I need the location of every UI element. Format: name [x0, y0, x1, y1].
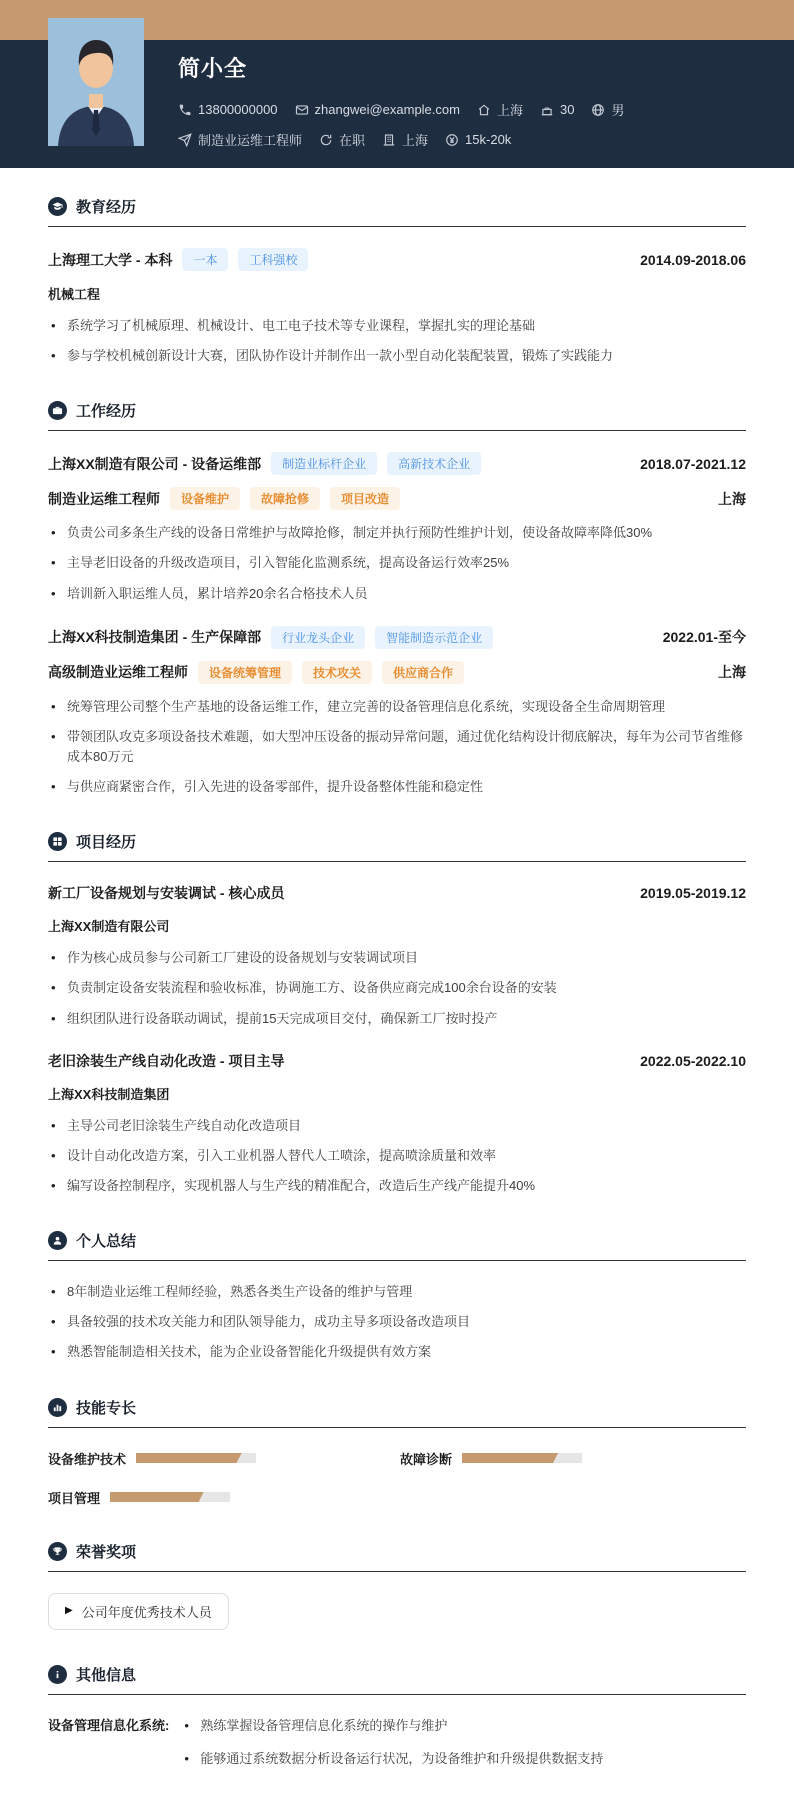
section-work-header: 工作经历 [48, 400, 746, 431]
skill-name: 故障诊断 [400, 1449, 452, 1468]
company-name: 上海XX制造有限公司 - 设备运维部 [48, 454, 261, 474]
age-cake-icon [540, 103, 554, 117]
section-summary: 个人总结 8年制造业运维工程师经验，熟悉各类生产设备的维护与管理 具备较强的技术… [48, 1230, 746, 1362]
phone-icon [178, 103, 192, 117]
contact-phone-value: 13800000000 [198, 102, 278, 117]
contact-job-title-value: 制造业运维工程师 [198, 130, 302, 149]
project-org: 上海XX科技制造集团 [48, 1084, 746, 1103]
contact-phone: 13800000000 [178, 102, 278, 117]
skill-bar [462, 1453, 582, 1463]
work-date: 2022.01-至今 [663, 627, 746, 647]
work-item: 上海XX制造有限公司 - 设备运维部 制造业标杆企业 高新技术企业 2018.0… [48, 452, 746, 603]
role-tag: 设备统筹管理 [198, 661, 292, 684]
briefcase-icon [48, 401, 67, 420]
skill-item: 项目管理 [48, 1488, 400, 1507]
bullet-item: 8年制造业运维工程师经验，熟悉各类生产设备的维护与管理 [48, 1282, 746, 1302]
skills-grid: 设备维护技术 故障诊断 项目管理 [48, 1449, 746, 1507]
bullet-item: 统筹管理公司整个生产基地的设备运维工作，建立完善的设备管理信息化系统，实现设备全… [48, 697, 746, 717]
bullet-item: 主导公司老旧涂装生产线自动化改造项目 [48, 1116, 746, 1136]
send-icon [178, 133, 192, 147]
contact-home-city: 上海 [477, 100, 523, 119]
contact-salary-value: 15k-20k [465, 132, 511, 147]
section-other-header: 其他信息 [48, 1664, 746, 1695]
section-skills-title: 技能专长 [76, 1397, 136, 1418]
company-badge: 智能制造示范企业 [375, 626, 493, 649]
other-info-label: 设备管理信息化系统: [48, 1716, 169, 1736]
project-item: 老旧涂装生产线自动化改造 - 项目主导 2022.05-2022.10 上海XX… [48, 1051, 746, 1196]
contact-gender-value: 男 [611, 100, 624, 119]
company-badge: 行业龙头企业 [271, 626, 365, 649]
project-org: 上海XX制造有限公司 [48, 916, 746, 935]
company-name: 上海XX科技制造集团 - 生产保障部 [48, 627, 261, 647]
avatar [48, 18, 144, 146]
project-bullets: 主导公司老旧涂装生产线自动化改造项目 设计自动化改造方案，引入工业机器人替代人工… [48, 1116, 746, 1196]
work-date: 2018.07-2021.12 [640, 456, 746, 472]
school-badge: 工科强校 [238, 248, 308, 271]
project-date: 2022.05-2022.10 [640, 1053, 746, 1069]
bar-chart-icon [48, 1398, 67, 1417]
section-honors-title: 荣誉奖项 [76, 1541, 136, 1562]
education-date: 2014.09-2018.06 [640, 252, 746, 268]
bullet-item: 负责制定设备安装流程和验收标准，协调施工方、设备供应商完成100余台设备的安装 [48, 978, 746, 998]
section-honors: 荣誉奖项 ▶ 公司年度优秀技术人员 [48, 1541, 746, 1630]
gender-globe-icon [591, 103, 605, 117]
resume-body: 教育经历 上海理工大学 - 本科 一本 工科强校 2014.09-2018.06… [0, 168, 794, 1812]
role-tag: 技术攻关 [302, 661, 372, 684]
grid-icon [48, 832, 67, 851]
company-badge: 制造业标杆企业 [271, 452, 377, 475]
contact-salary: 15k-20k [445, 132, 511, 147]
role-name: 高级制造业运维工程师 [48, 662, 188, 682]
project-item: 新工厂设备规划与安装调试 - 核心成员 2019.05-2019.12 上海XX… [48, 883, 746, 1028]
education-bullets: 系统学习了机械原理、机械设计、电工电子技术等专业课程，掌握扎实的理论基础 参与学… [48, 316, 746, 366]
bullet-item: 与供应商紧密合作，引入先进的设备零部件，提升设备整体性能和稳定性 [48, 777, 746, 797]
section-education: 教育经历 上海理工大学 - 本科 一本 工科强校 2014.09-2018.06… [48, 196, 746, 366]
school-badge: 一本 [182, 248, 228, 271]
person-icon [48, 1231, 67, 1250]
home-icon [477, 103, 491, 117]
contact-row-1: 13800000000 zhangwei@example.com 上海 30 男 [178, 100, 794, 119]
bullet-item: 带领团队攻克多项设备技术难题，如大型冲压设备的振动异常问题，通过优化结构设计彻底… [48, 727, 746, 767]
info-icon [48, 1665, 67, 1684]
resume-header: 简小全 13800000000 zhangwei@example.com 上海 … [0, 40, 794, 168]
mail-icon [295, 103, 309, 117]
section-projects-header: 项目经历 [48, 831, 746, 862]
building-icon [382, 133, 396, 147]
role-tag: 项目改造 [330, 487, 400, 510]
role-name: 制造业运维工程师 [48, 489, 160, 509]
honor-award-label: 公司年度优秀技术人员 [82, 1602, 212, 1621]
contact-job-title: 制造业运维工程师 [178, 130, 302, 149]
section-summary-title: 个人总结 [76, 1230, 136, 1251]
section-projects: 项目经历 新工厂设备规划与安装调试 - 核心成员 2019.05-2019.12… [48, 831, 746, 1196]
project-title: 老旧涂装生产线自动化改造 - 项目主导 [48, 1051, 284, 1071]
work-location: 上海 [718, 489, 746, 509]
skill-bar [110, 1492, 230, 1502]
other-info-row: 设备管理信息化系统: 熟练掌握设备管理信息化系统的操作与维护 能够通过系统数据分… [48, 1716, 746, 1782]
contact-email: zhangwei@example.com [295, 102, 460, 117]
contact-home-city-value: 上海 [497, 100, 523, 119]
bullet-item: 具备较强的技术攻关能力和团队领导能力，成功主导多项设备改造项目 [48, 1312, 746, 1332]
bullet-item: 负责公司多条生产线的设备日常维护与故障抢修，制定并执行预防性维护计划，使设备故障… [48, 523, 746, 543]
project-title: 新工厂设备规划与安装调试 - 核心成员 [48, 883, 284, 903]
role-tag: 设备维护 [170, 487, 240, 510]
work-location: 上海 [718, 662, 746, 682]
summary-bullets: 8年制造业运维工程师经验，熟悉各类生产设备的维护与管理 具备较强的技术攻关能力和… [48, 1282, 746, 1362]
bullet-item: 设计自动化改造方案，引入工业机器人替代人工喷涂，提高喷涂质量和效率 [48, 1146, 746, 1166]
section-honors-header: 荣誉奖项 [48, 1541, 746, 1572]
skill-bar-fill [136, 1453, 242, 1463]
role-tag: 供应商合作 [382, 661, 464, 684]
work-item: 上海XX科技制造集团 - 生产保障部 行业龙头企业 智能制造示范企业 2022.… [48, 626, 746, 798]
contact-row-2: 制造业运维工程师 在职 上海 15k-20k [178, 130, 794, 149]
bullet-item: 编写设备控制程序，实现机器人与生产线的精准配合，改造后生产线产能提升40% [48, 1176, 746, 1196]
section-other-title: 其他信息 [76, 1664, 136, 1685]
graduation-cap-icon [48, 197, 67, 216]
contact-job-status-value: 在职 [339, 130, 365, 149]
bullet-item: 能够通过系统数据分析设备运行状况，为设备维护和升级提供数据支持 [181, 1749, 746, 1769]
section-education-title: 教育经历 [76, 196, 136, 217]
project-date: 2019.05-2019.12 [640, 885, 746, 901]
bullet-item: 作为核心成员参与公司新工厂建设的设备规划与安装调试项目 [48, 948, 746, 968]
project-bullets: 作为核心成员参与公司新工厂建设的设备规划与安装调试项目 负责制定设备安装流程和验… [48, 948, 746, 1028]
skill-item: 故障诊断 [400, 1449, 746, 1468]
play-icon: ▶ [65, 1606, 73, 1616]
contact-work-city: 上海 [382, 130, 428, 149]
bullet-item: 系统学习了机械原理、机械设计、电工电子技术等专业课程，掌握扎实的理论基础 [48, 316, 746, 336]
section-skills-header: 技能专长 [48, 1397, 746, 1428]
major-name: 机械工程 [48, 284, 746, 303]
company-badge: 高新技术企业 [387, 452, 481, 475]
bullet-item: 组织团队进行设备联动调试，提前15天完成项目交付，确保新工厂按时投产 [48, 1009, 746, 1029]
bullet-item: 培训新入职运维人员，累计培养20余名合格技术人员 [48, 584, 746, 604]
skill-name: 设备维护技术 [48, 1449, 126, 1468]
skill-bar [136, 1453, 256, 1463]
trophy-icon [48, 1542, 67, 1561]
contact-gender: 男 [591, 100, 624, 119]
person-name: 简小全 [178, 40, 794, 83]
other-info-bullets: 熟练掌握设备管理信息化系统的操作与维护 能够通过系统数据分析设备运行状况，为设备… [181, 1716, 746, 1782]
section-projects-title: 项目经历 [76, 831, 136, 852]
skill-item: 设备维护技术 [48, 1449, 400, 1468]
education-item: 上海理工大学 - 本科 一本 工科强校 2014.09-2018.06 机械工程… [48, 248, 746, 366]
skill-bar-fill [462, 1453, 558, 1463]
bullet-item: 熟练掌握设备管理信息化系统的操作与维护 [181, 1716, 746, 1736]
section-education-header: 教育经历 [48, 196, 746, 227]
section-work-title: 工作经历 [76, 400, 136, 421]
skill-name: 项目管理 [48, 1488, 100, 1507]
salary-coin-icon [445, 133, 459, 147]
contact-work-city-value: 上海 [402, 130, 428, 149]
contact-job-status: 在职 [319, 130, 365, 149]
section-summary-header: 个人总结 [48, 1230, 746, 1261]
skill-bar-fill [110, 1492, 204, 1502]
section-skills: 技能专长 设备维护技术 故障诊断 项目管理 [48, 1397, 746, 1507]
section-other: 其他信息 设备管理信息化系统: 熟练掌握设备管理信息化系统的操作与维护 能够通过… [48, 1664, 746, 1782]
honor-award-button[interactable]: ▶ 公司年度优秀技术人员 [48, 1593, 229, 1630]
section-work: 工作经历 上海XX制造有限公司 - 设备运维部 制造业标杆企业 高新技术企业 2… [48, 400, 746, 797]
contact-age: 30 [540, 102, 574, 117]
work-bullets: 负责公司多条生产线的设备日常维护与故障抢修，制定并执行预防性维护计划，使设备故障… [48, 523, 746, 603]
bullet-item: 参与学校机械创新设计大赛，团队协作设计并制作出一款小型自动化装配装置，锻炼了实践… [48, 346, 746, 366]
contact-email-value: zhangwei@example.com [315, 102, 460, 117]
avatar-photo-placeholder [48, 18, 144, 146]
role-tag: 故障抢修 [250, 487, 320, 510]
bullet-item: 熟悉智能制造相关技术，能为企业设备智能化升级提供有效方案 [48, 1342, 746, 1362]
contact-age-value: 30 [560, 102, 574, 117]
work-bullets: 统筹管理公司整个生产基地的设备运维工作，建立完善的设备管理信息化系统，实现设备全… [48, 697, 746, 798]
status-refresh-icon [319, 133, 333, 147]
school-name: 上海理工大学 - 本科 [48, 250, 172, 270]
bullet-item: 主导老旧设备的升级改造项目，引入智能化监测系统，提高设备运行效率25% [48, 553, 746, 573]
